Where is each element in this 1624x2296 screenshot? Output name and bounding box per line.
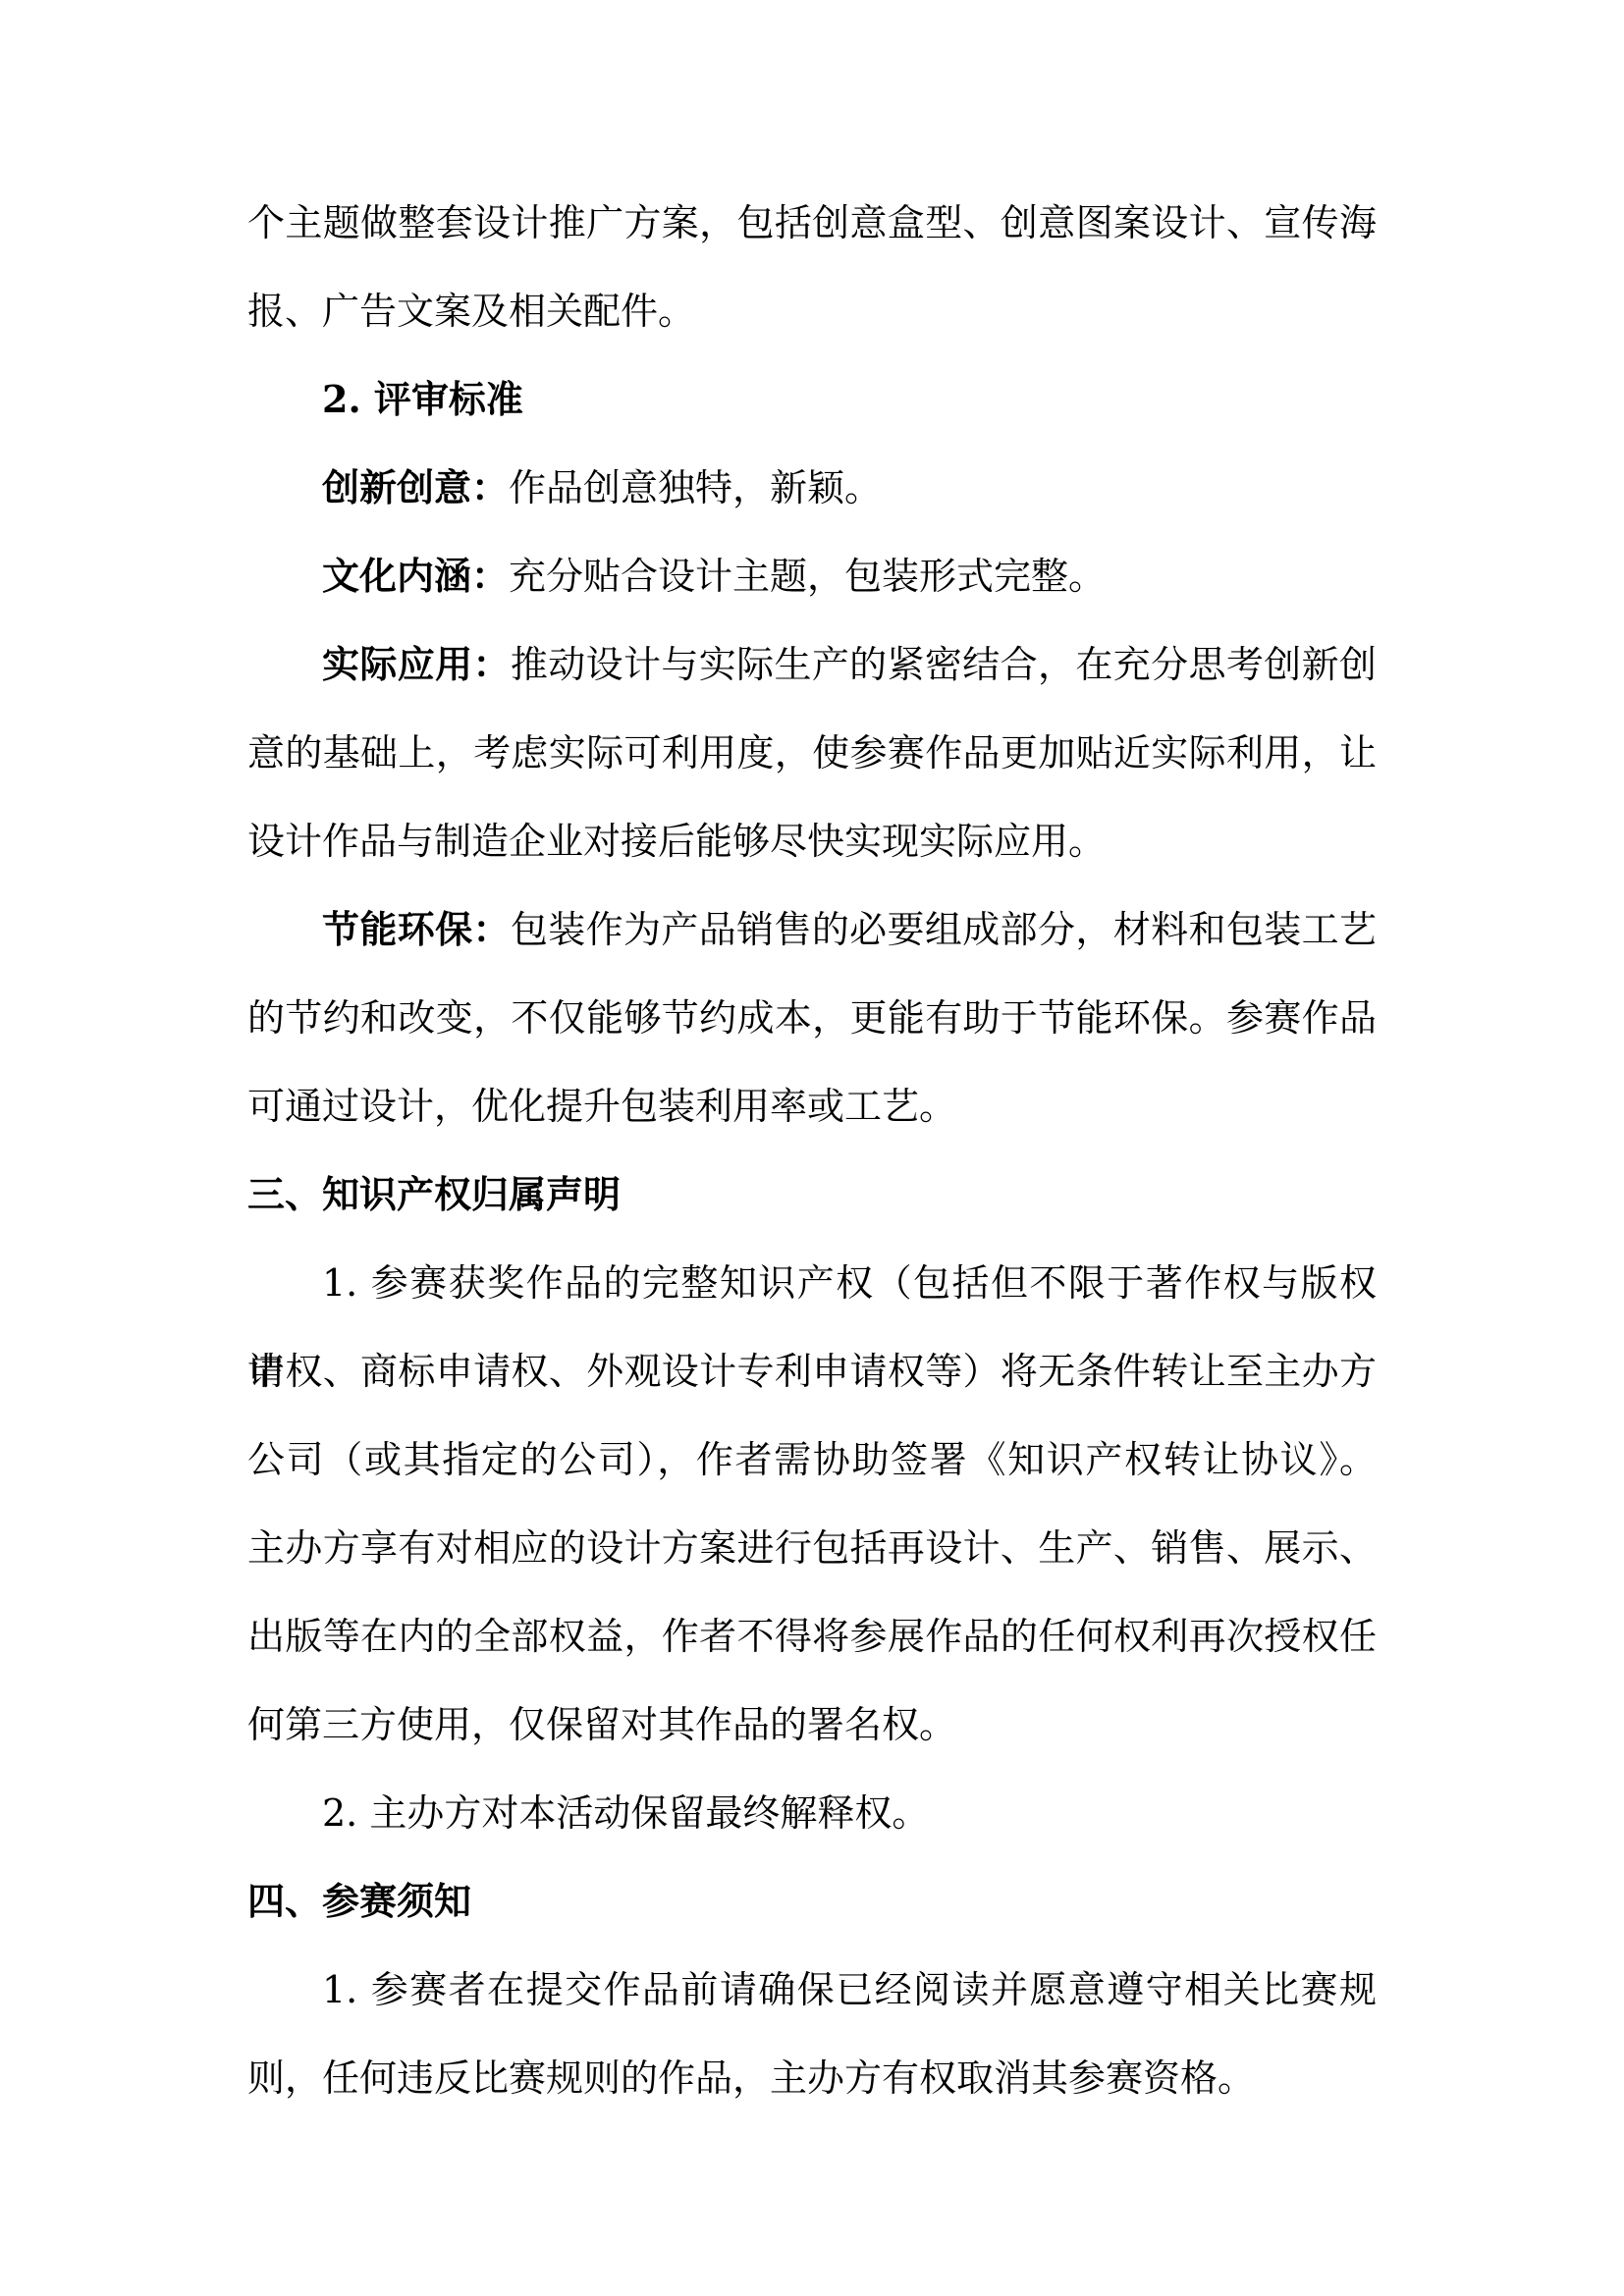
text-line: 节能环保：包装作为产品销售的必要组成部分，材料和包装工艺 <box>247 885 1377 974</box>
text-line: 文化内涵：充分贴合设计主题，包装形式完整。 <box>247 532 1377 620</box>
text-line: 的节约和改变，不仅能够节约成本，更能有助于节能环保。参赛作品 <box>247 974 1377 1062</box>
body-text: 推动设计与实际生产的紧密结合，在充分思考创新创 <box>511 643 1377 686</box>
text-line: 意的基础上，考虑实际可利用度，使参赛作品更加贴近实际利用，让 <box>247 709 1377 797</box>
text-line: 1. 参赛者在提交作品前请确保已经阅读并愿意遵守相关比赛规 <box>247 1946 1377 2034</box>
text-line: 请权、商标申请权、外观设计专利申请权等）将无条件转让至主办方 <box>247 1327 1377 1415</box>
text-line: 报、广告文案及相关配件。 <box>247 267 1377 355</box>
body-text: 2. 主办方对本活动保留最终解释权。 <box>322 1791 929 1835</box>
body-text: 设计作品与制造企业对接后能够尽快实现实际应用。 <box>247 820 1106 863</box>
section-heading: 2. 评审标准 <box>247 355 1377 444</box>
bold-label-text: 三、知识产权归属声明 <box>247 1172 621 1216</box>
text-line: 则，任何违反比赛规则的作品，主办方有权取消其参赛资格。 <box>247 2034 1377 2122</box>
bold-label-text: 实际应用： <box>322 642 511 686</box>
body-text: 意的基础上，考虑实际可利用度，使参赛作品更加贴近实际利用，让 <box>247 731 1377 774</box>
body-text: 可通过设计，优化提升包装利用率或工艺。 <box>247 1085 956 1128</box>
body-text: 包装作为产品销售的必要组成部分，材料和包装工艺 <box>511 908 1377 951</box>
text-line: 主办方享有对相应的设计方案进行包括再设计、生产、销售、展示、 <box>247 1504 1377 1592</box>
bold-label-text: 文化内涵： <box>322 554 509 598</box>
text-line: 设计作品与制造企业对接后能够尽快实现实际应用。 <box>247 797 1377 885</box>
body-text: 的节约和改变，不仅能够节约成本，更能有助于节能环保。参赛作品 <box>247 996 1377 1040</box>
text-line: 创新创意：作品创意独特，新颖。 <box>247 444 1377 532</box>
bold-label-text: 创新创意： <box>322 465 509 509</box>
text-line: 2. 主办方对本活动保留最终解释权。 <box>247 1769 1377 1857</box>
body-text: 出版等在内的全部权益，作者不得将参展作品的任何权利再次授权任 <box>247 1615 1377 1658</box>
document-page: 个主题做整套设计推广方案，包括创意盒型、创意图案设计、宣传海报、广告文案及相关配… <box>0 0 1624 2296</box>
text-line: 个主题做整套设计推广方案，包括创意盒型、创意图案设计、宣传海 <box>247 179 1377 267</box>
body-text: 报、广告文案及相关配件。 <box>247 290 695 333</box>
body-text: 充分贴合设计主题，包装形式完整。 <box>509 555 1106 598</box>
document-body: 个主题做整套设计推广方案，包括创意盒型、创意图案设计、宣传海报、广告文案及相关配… <box>247 179 1377 2122</box>
body-text: 公司（或其指定的公司），作者需协助签署《知识产权转让协议》。 <box>247 1438 1377 1481</box>
body-text: 请权、商标申请权、外观设计专利申请权等）将无条件转让至主办方 <box>247 1350 1377 1393</box>
text-line: 1. 参赛获奖作品的完整知识产权（包括但不限于著作权与版权申 <box>247 1239 1377 1327</box>
text-line: 可通过设计，优化提升包装利用率或工艺。 <box>247 1062 1377 1150</box>
body-text: 个主题做整套设计推广方案，包括创意盒型、创意图案设计、宣传海 <box>247 201 1377 244</box>
bold-label-text: 四、参赛须知 <box>247 1879 471 1923</box>
text-line: 出版等在内的全部权益，作者不得将参展作品的任何权利再次授权任 <box>247 1592 1377 1681</box>
section-heading: 四、参赛须知 <box>247 1857 1377 1946</box>
section-heading: 三、知识产权归属声明 <box>247 1150 1377 1239</box>
body-text: 1. 参赛者在提交作品前请确保已经阅读并愿意遵守相关比赛规 <box>322 1968 1377 2011</box>
body-text: 主办方享有对相应的设计方案进行包括再设计、生产、销售、展示、 <box>247 1526 1377 1570</box>
body-text: 则，任何违反比赛规则的作品，主办方有权取消其参赛资格。 <box>247 2056 1255 2100</box>
body-text: 作品创意独特，新颖。 <box>509 466 882 509</box>
text-line: 何第三方使用，仅保留对其作品的署名权。 <box>247 1681 1377 1769</box>
bold-label-text: 2. 评审标准 <box>322 377 523 421</box>
body-text: 何第三方使用，仅保留对其作品的署名权。 <box>247 1703 956 1746</box>
text-line: 公司（或其指定的公司），作者需协助签署《知识产权转让协议》。 <box>247 1415 1377 1504</box>
text-line: 实际应用：推动设计与实际生产的紧密结合，在充分思考创新创 <box>247 620 1377 709</box>
bold-label-text: 节能环保： <box>322 907 511 951</box>
